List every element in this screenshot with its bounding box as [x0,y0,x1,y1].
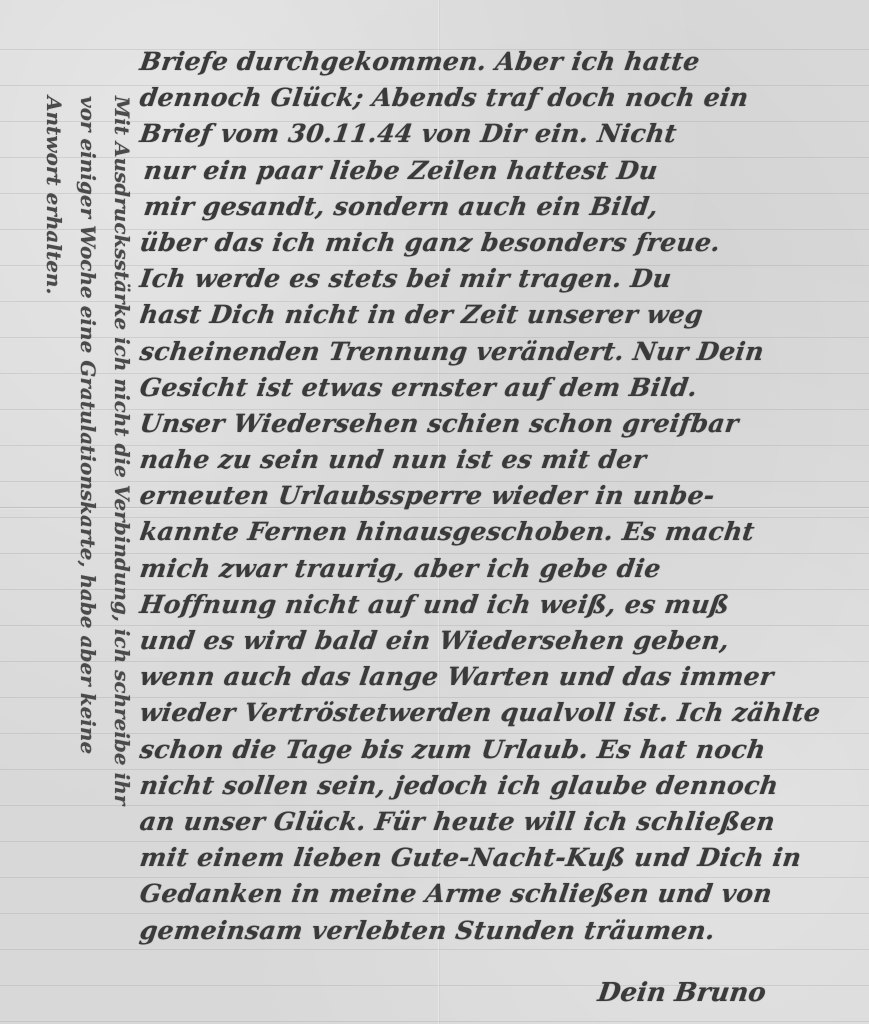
letter-line: hast Dich nicht in der Zeit unserer weg [137,297,852,333]
margin-note: Mit Ausdrucksstärke ich nicht die Verbin… [18,96,128,976]
letter-line: Unser Wiedersehen schien schon greifbar [137,406,852,442]
letter-line: mich zwar traurig, aber ich gebe die [137,551,852,587]
letter-line: gemeinsam verlebten Stunden träumen. [137,913,852,949]
margin-note-line: Mit Ausdrucksstärke ich nicht die Verbin… [110,96,134,805]
letter-body: Briefe durchgekommen. Aber ich hatte den… [140,44,850,949]
letter-line: mit einem lieben Gute-Nacht-Kuß und Dich… [137,840,852,876]
letter-line: kannte Fernen hinausgeschoben. Es macht [137,514,852,550]
letter-line: über das ich mich ganz besonders freue. [137,225,852,261]
letter-line: Brief vom 30.11.44 von Dir ein. Nicht [137,116,852,152]
letter-line: an unser Glück. Für heute will ich schli… [137,804,852,840]
letter-line: Ich werde es stets bei mir tragen. Du [137,261,852,297]
letter-page: Mit Ausdrucksstärke ich nicht die Verbin… [0,0,869,1024]
letter-line: und es wird bald ein Wiedersehen geben, [137,623,852,659]
letter-line: erneuten Urlaubssperre wieder in unbe- [137,478,852,514]
letter-line: Briefe durchgekommen. Aber ich hatte [137,44,852,80]
signature: Dein Bruno [596,978,768,1008]
letter-line: wieder Vertröstetwerden qualvoll ist. Ic… [137,695,852,731]
letter-line: Gedanken in meine Arme schließen und von [137,876,852,912]
margin-note-line: vor einiger Woche eine Gratulationskarte… [76,96,100,754]
letter-line: nur ein paar liebe Zeilen hattest Du [137,153,852,189]
letter-line: nahe zu sein und nun ist es mit der [137,442,852,478]
margin-note-line: Antwort erhalten. [42,96,66,294]
letter-line: mir gesandt, sondern auch ein Bild, [137,189,852,225]
letter-line: Hoffnung nicht auf und ich weiß, es muß [137,587,852,623]
letter-line: wenn auch das lange Warten und das immer [137,659,852,695]
letter-line: scheinenden Trennung verändert. Nur Dein [137,334,852,370]
letter-line: nicht sollen sein, jedoch ich glaube den… [137,768,852,804]
letter-line: dennoch Glück; Abends traf doch noch ein [137,80,852,116]
letter-line: Gesicht ist etwas ernster auf dem Bild. [137,370,852,406]
letter-line: schon die Tage bis zum Urlaub. Es hat no… [137,732,852,768]
